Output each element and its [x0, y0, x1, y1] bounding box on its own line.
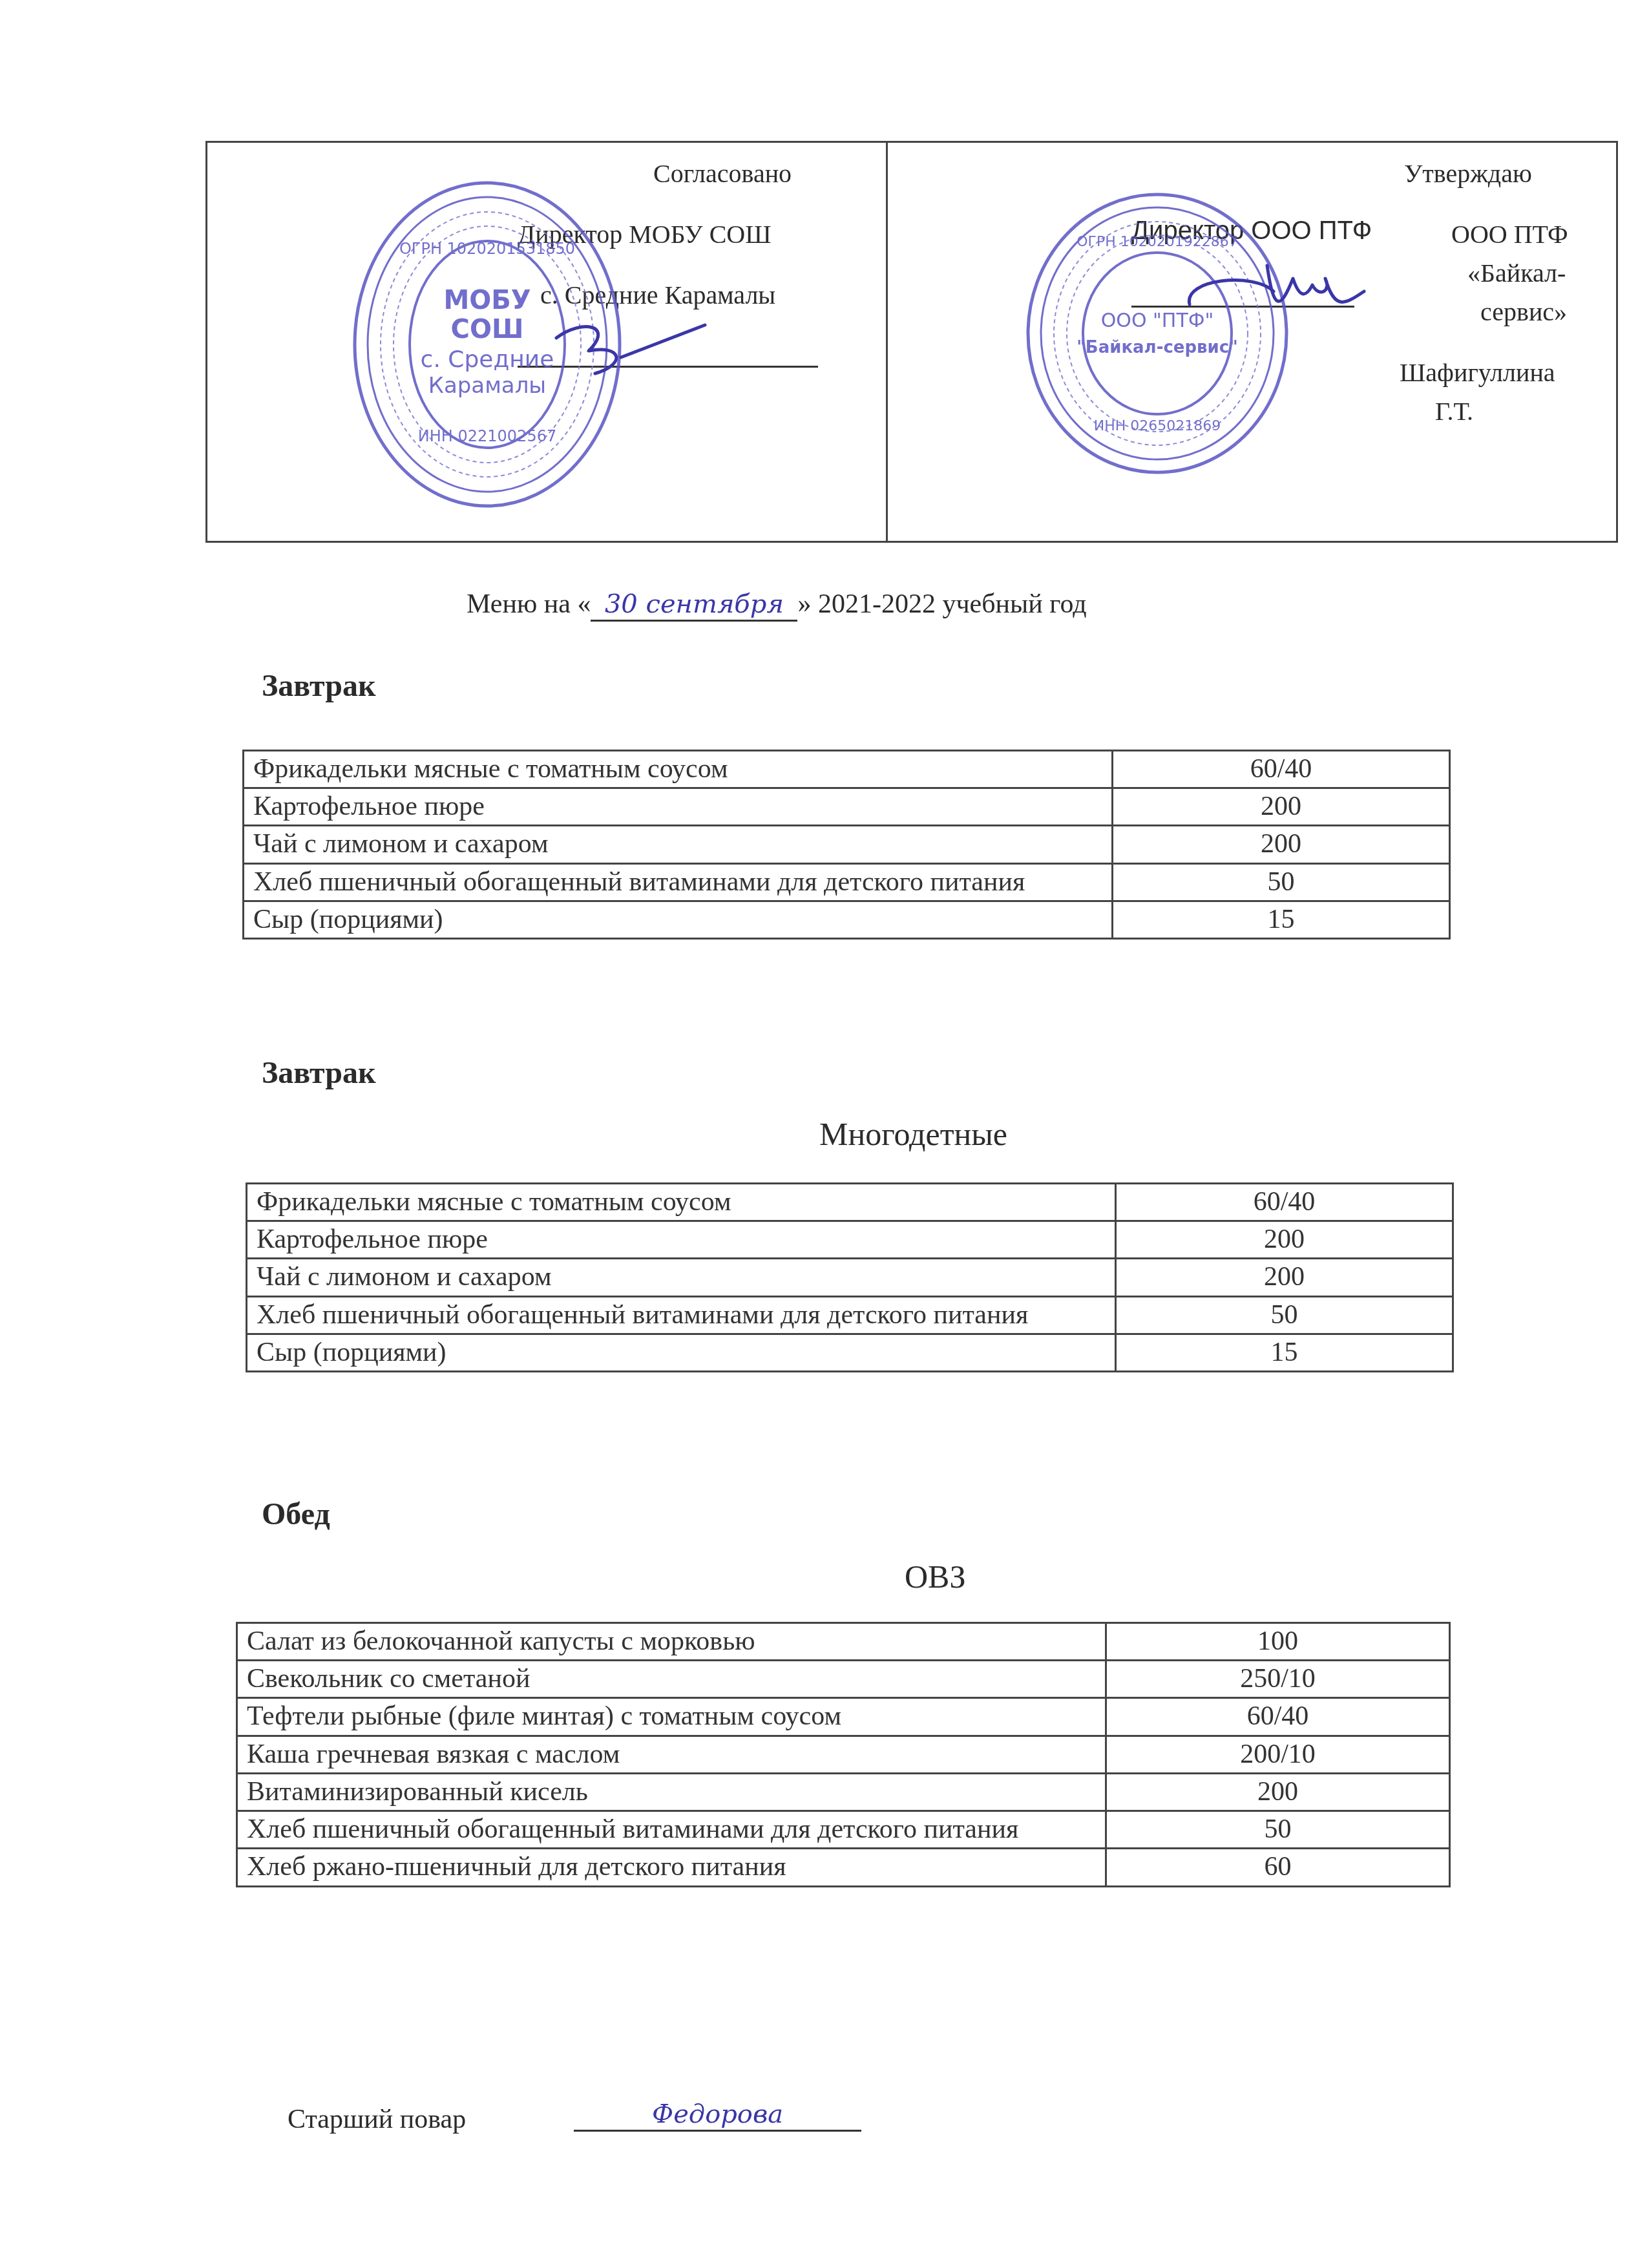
- footer-role: Старший повар: [288, 2103, 466, 2136]
- approval-box: Согласовано Директор МОБУ СОШ с. Средние…: [205, 141, 1618, 543]
- dish-name: Сыр (порциями): [244, 901, 1113, 938]
- dish-name: Свекольник со сметаной: [237, 1661, 1106, 1698]
- svg-text:Карамалы: Карамалы: [428, 373, 546, 399]
- svg-text:"Байкал-сервис": "Байкал-сервис": [1077, 338, 1237, 357]
- agreed-signature-icon: [543, 312, 711, 383]
- table-row: Хлеб пшеничный обогащенный витаминами дл…: [247, 1296, 1453, 1334]
- dish-name: Сыр (порциями): [247, 1334, 1116, 1371]
- svg-text:ОГРН 1020201531850: ОГРН 1020201531850: [399, 240, 575, 258]
- approve-company-line2: «Байкал-: [1467, 258, 1566, 289]
- approval-divider: [886, 143, 888, 541]
- section-heading-breakfast: Завтрак: [262, 667, 376, 705]
- table-row: Чай с лимоном и сахаром200: [244, 826, 1450, 863]
- menu-title-suffix: » 2021-2022 учебный год: [797, 589, 1086, 619]
- dish-name: Хлеб ржано-пшеничный для детского питани…: [237, 1849, 1106, 1886]
- approve-company-line3: сервис»: [1480, 297, 1567, 328]
- dish-name: Каша гречневая вязкая с маслом: [237, 1736, 1106, 1773]
- table-row: Тефтели рыбные (филе минтая) с томатным …: [237, 1698, 1450, 1736]
- dish-name: Хлеб пшеничный обогащенный витаминами дл…: [244, 863, 1113, 901]
- portion-qty: 15: [1113, 901, 1450, 938]
- svg-text:с. Средние: с. Средние: [421, 346, 554, 373]
- portion-qty: 60/40: [1106, 1698, 1450, 1736]
- approve-company-line1: ООО ПТФ: [1451, 219, 1568, 250]
- section-subheading-large-families: Многодетные: [819, 1115, 1007, 1153]
- portion-qty: 100: [1106, 1623, 1450, 1661]
- agreed-heading: Согласовано: [653, 158, 792, 189]
- menu-table-large-families: Фрикадельки мясные с томатным соусом60/4…: [246, 1182, 1454, 1372]
- portion-qty: 50: [1106, 1811, 1450, 1849]
- dish-name: Картофельное пюре: [244, 788, 1113, 826]
- table-row: Каша гречневая вязкая с маслом200/10: [237, 1736, 1450, 1773]
- approve-name-line2: Г.Т.: [1435, 396, 1473, 427]
- company-stamp-icon: ООО "ПТФ" "Байкал-сервис" ОГРН 102020192…: [1015, 182, 1299, 485]
- dish-name: Хлеб пшеничный обогащенный витаминами дл…: [247, 1296, 1116, 1334]
- portion-qty: 50: [1113, 863, 1450, 901]
- portion-qty: 60: [1106, 1849, 1450, 1886]
- svg-text:ОГРН 1020201922867: ОГРН 1020201922867: [1077, 234, 1238, 250]
- table-row: Хлеб ржано-пшеничный для детского питани…: [237, 1849, 1450, 1886]
- portion-qty: 60/40: [1116, 1184, 1453, 1221]
- table-row: Витаминизированный кисель200: [237, 1773, 1450, 1811]
- portion-qty: 15: [1116, 1334, 1453, 1371]
- section-heading-breakfast-large-families: Завтрак: [262, 1055, 376, 1092]
- svg-text:ИНН 0265021869: ИНН 0265021869: [1094, 418, 1221, 434]
- dish-name: Фрикадельки мясные с томатным соусом: [247, 1184, 1116, 1221]
- portion-qty: 250/10: [1106, 1661, 1450, 1698]
- table-row: Хлеб пшеничный обогащенный витаминами дл…: [237, 1811, 1450, 1849]
- portion-qty: 50: [1116, 1296, 1453, 1334]
- table-row: Салат из белокочанной капусты с морковью…: [237, 1623, 1450, 1661]
- portion-qty: 200: [1116, 1221, 1453, 1259]
- dish-name: Картофельное пюре: [247, 1221, 1116, 1259]
- approve-name-line1: Шафигуллина: [1400, 357, 1555, 388]
- table-row: Сыр (порциями)15: [247, 1334, 1453, 1371]
- menu-title-prefix: Меню на «: [467, 589, 591, 619]
- approve-heading: Утверждаю: [1404, 158, 1532, 189]
- table-row: Сыр (порциями)15: [244, 901, 1450, 938]
- menu-date-handwritten: 30 сентября: [591, 589, 797, 622]
- dish-name: Хлеб пшеничный обогащенный витаминами дл…: [237, 1811, 1106, 1849]
- section-subheading-disabilities: ОВЗ: [905, 1557, 966, 1596]
- dish-name: Чай с лимоном и сахаром: [244, 826, 1113, 863]
- portion-qty: 200: [1113, 826, 1450, 863]
- dish-name: Чай с лимоном и сахаром: [247, 1259, 1116, 1296]
- table-row: Фрикадельки мясные с томатным соусом60/4…: [244, 751, 1450, 788]
- svg-text:СОШ: СОШ: [451, 315, 524, 344]
- table-row: Хлеб пшеничный обогащенный витаминами дл…: [244, 863, 1450, 901]
- section-heading-lunch: Обед: [262, 1496, 330, 1533]
- table-row: Чай с лимоном и сахаром200: [247, 1259, 1453, 1296]
- portion-qty: 200: [1106, 1773, 1450, 1811]
- menu-title: Меню на «30 сентября» 2021-2022 учебный …: [467, 588, 1087, 622]
- table-row: Картофельное пюре200: [247, 1221, 1453, 1259]
- table-row: Картофельное пюре200: [244, 788, 1450, 826]
- table-row: Фрикадельки мясные с томатным соусом60/4…: [247, 1184, 1453, 1221]
- portion-qty: 200: [1116, 1259, 1453, 1296]
- dish-name: Салат из белокочанной капусты с морковью: [237, 1623, 1106, 1661]
- menu-table-breakfast: Фрикадельки мясные с томатным соусом60/4…: [242, 750, 1451, 940]
- svg-text:МОБУ: МОБУ: [443, 286, 530, 315]
- dish-name: Тефтели рыбные (филе минтая) с томатным …: [237, 1698, 1106, 1736]
- table-row: Свекольник со сметаной250/10: [237, 1661, 1450, 1698]
- dish-name: Фрикадельки мясные с томатным соусом: [244, 751, 1113, 788]
- portion-qty: 200: [1113, 788, 1450, 826]
- portion-qty: 60/40: [1113, 751, 1450, 788]
- svg-text:ИНН 0221002567: ИНН 0221002567: [418, 427, 556, 445]
- approve-signature-icon: [1177, 253, 1371, 324]
- menu-table-lunch: Салат из белокочанной капусты с морковью…: [236, 1622, 1451, 1887]
- portion-qty: 200/10: [1106, 1736, 1450, 1773]
- dish-name: Витаминизированный кисель: [237, 1773, 1106, 1811]
- footer-signature-handwritten: Федорова: [574, 2099, 861, 2132]
